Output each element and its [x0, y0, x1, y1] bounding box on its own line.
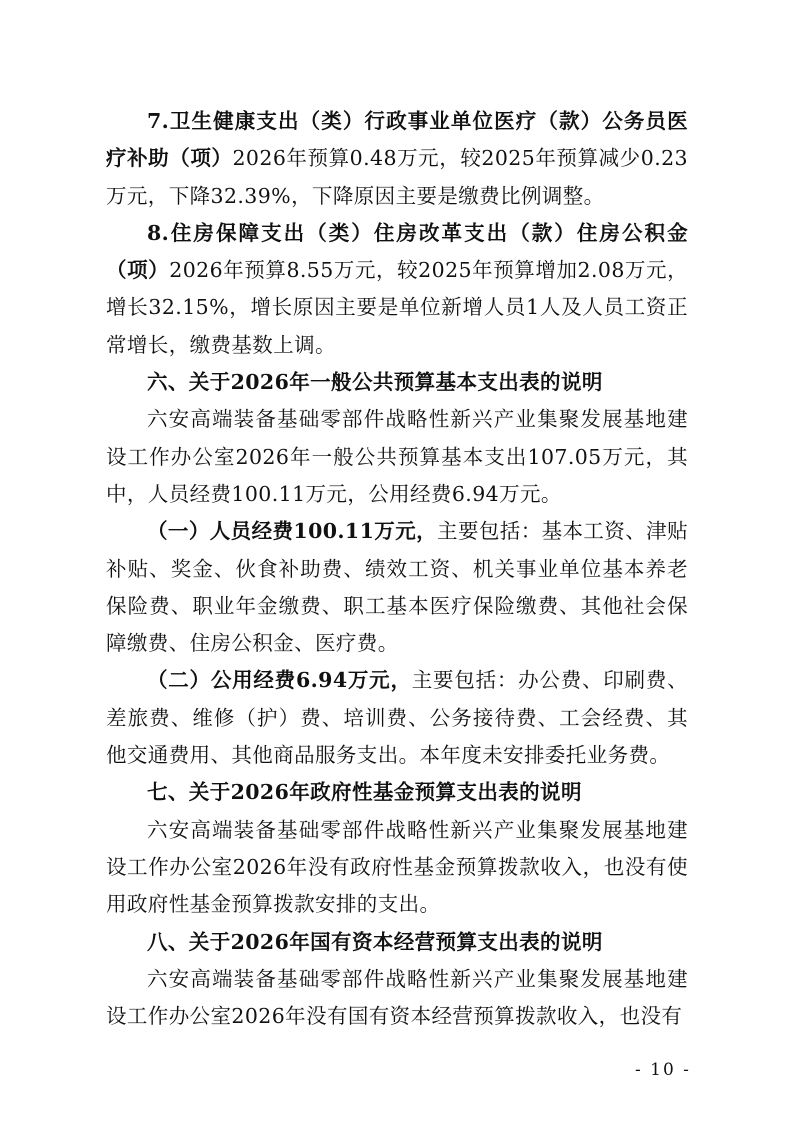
document-page: 7.卫生健康支出（类）行政事业单位医疗（款）公务员医疗补助（项）2026年预算0… [106, 103, 688, 1035]
page-number: - 10 - [635, 1060, 691, 1080]
section-body-7: 六安高端装备基础零部件战略性新兴产业集聚发展基地建设工作办公室2026年没有政府… [106, 812, 688, 924]
section-body-6: 六安高端装备基础零部件战略性新兴产业集聚发展基地建设工作办公室2026年一般公共… [106, 401, 688, 513]
item-title: （二）公用经费6.94万元， [147, 668, 412, 692]
section-heading-8: 八、关于2026年国有资本经营预算支出表的说明 [106, 924, 688, 961]
section-heading-6: 六、关于2026年一般公共预算基本支出表的说明 [106, 364, 688, 401]
paragraph-housing-expenditure: 8.住房保障支出（类）住房改革支出（款）住房公积金（项）2026年预算8.55万… [106, 215, 688, 364]
paragraph-personnel-expenses: （一）人员经费100.11万元，主要包括：基本工资、津贴补贴、奖金、伙食补助费、… [106, 513, 688, 662]
paragraph-public-expenses: （二）公用经费6.94万元，主要包括：办公费、印刷费、差旅费、维修（护）费、培训… [106, 662, 688, 774]
section-heading-7: 七、关于2026年政府性基金预算支出表的说明 [106, 774, 688, 811]
item-text: 2026年预算8.55万元，较2025年预算增加2.08万元，增长32.15%，… [106, 258, 688, 357]
paragraph-health-expenditure: 7.卫生健康支出（类）行政事业单位医疗（款）公务员医疗补助（项）2026年预算0… [106, 103, 688, 215]
item-title: （一）人员经费100.11万元， [147, 519, 437, 543]
section-body-8: 六安高端装备基础零部件战略性新兴产业集聚发展基地建设工作办公室2026年没有国有… [106, 961, 688, 1036]
